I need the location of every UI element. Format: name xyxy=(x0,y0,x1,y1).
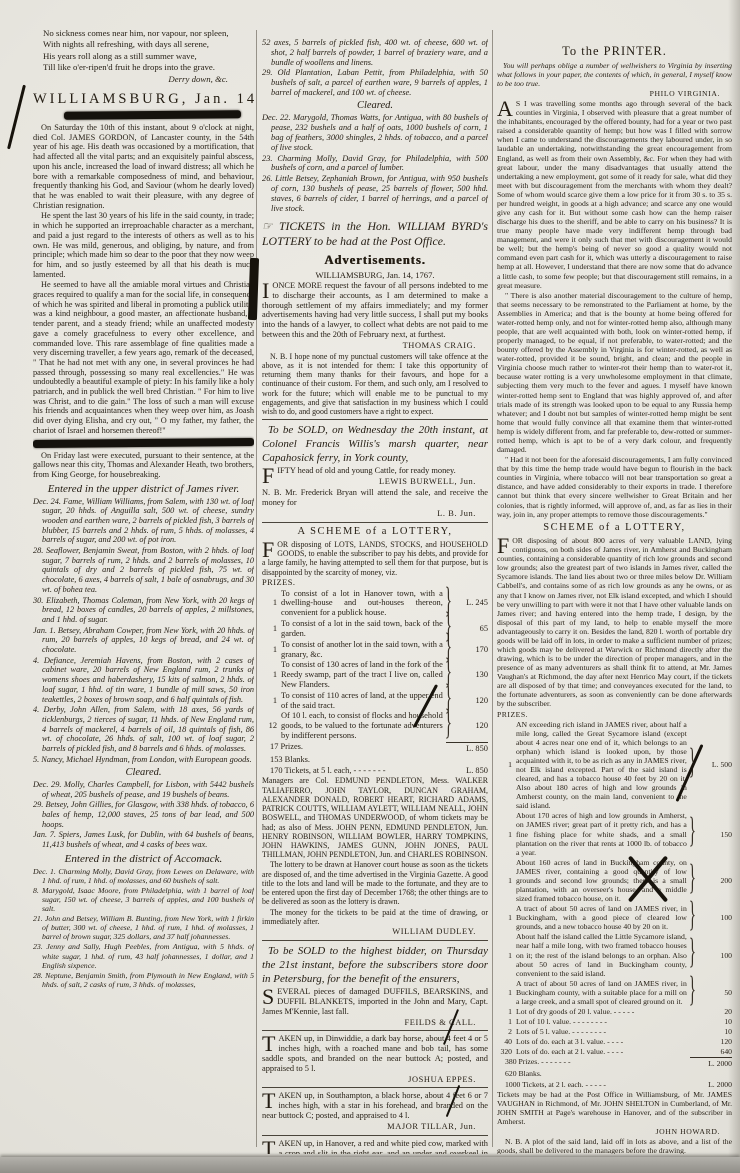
prize-description: A tract of about 50 acres of land on JAM… xyxy=(516,904,687,931)
lottery-paragraph: FOR disposing of LOTS, LANDS, STOCKS, an… xyxy=(262,540,488,577)
prize-row: 40Lots of do. each at 3 l. value. - - - … xyxy=(497,1037,732,1046)
prize-value: 50 xyxy=(698,988,732,997)
totals-row: 153 Blanks. xyxy=(262,755,488,765)
prize-count: 1 xyxy=(497,760,512,769)
prize-description: To consist of another lot in the said to… xyxy=(281,640,443,660)
ad-dateline: WILLIAMSBURG, Jan. 14, 1767. xyxy=(262,270,488,280)
prize-row: 1About 170 acres of high and low grounds… xyxy=(497,811,732,856)
divider-rule xyxy=(262,419,488,420)
brace-glyph: } xyxy=(689,859,696,901)
ink-mark xyxy=(7,85,26,150)
prize-row: 1Lot of 10 l. value. - - - - - - - -10 xyxy=(497,1017,732,1026)
prize-description: To consist of a lot in the said town, ba… xyxy=(281,619,443,639)
prize-value: 120 xyxy=(454,696,488,706)
shipping-entry: 5. Nancy, Michael Hyndman, from London, … xyxy=(33,755,254,765)
brace-glyph: } xyxy=(445,705,452,747)
shipping-entry: Dec. 22. Marygold, Thomas Watts, for Ant… xyxy=(262,113,488,152)
totals-row: 620 Blanks. xyxy=(497,1069,732,1078)
prize-value: 130 xyxy=(454,670,488,680)
sale-heading: To be SOLD to the highest bidder, on Thu… xyxy=(262,944,488,986)
shipping-entry: 29. Old Plantation, Laban Pettit, from P… xyxy=(262,68,488,97)
totals-label: 17 Prizes. xyxy=(270,742,303,754)
prize-value: 100 xyxy=(698,951,732,960)
prize-description: Lots of do. each at 2 l. value. - - - - xyxy=(516,1047,698,1056)
prize-count: 1 xyxy=(497,830,512,839)
prize-count: 12 xyxy=(262,721,277,731)
prize-count: 1 xyxy=(497,1017,512,1026)
poem-line: With nights all refreshing, with days al… xyxy=(43,39,254,50)
lottery-paragraph: The lottery to be drawn at Hanover court… xyxy=(262,860,488,906)
prize-count: 1 xyxy=(262,696,277,706)
prize-count: 320 xyxy=(497,1047,512,1056)
shipping-entry: 23. Charming Molly, David Gray, for Phil… xyxy=(262,154,488,174)
ink-bar xyxy=(33,438,254,448)
totals-label: 153 Blanks. xyxy=(270,755,310,765)
totals-label: 1000 Tickets, at 2 l. each. - - - - - xyxy=(505,1080,606,1089)
totals-label: 620 Blanks. xyxy=(505,1069,542,1078)
scanner-edge xyxy=(0,1157,740,1173)
shipping-entry: 4. Defiance, Jeremiah Havens, from Bosto… xyxy=(33,656,254,705)
epitaph-poem: No sickness comes near him, nor vapour, … xyxy=(33,28,254,85)
obituary-paragraph: He spent the last 30 years of his life i… xyxy=(33,211,254,279)
signature: JOSHUA EPPES. xyxy=(262,1075,488,1085)
shipping-entry: 23. Jenny and Sally, Hugh Peebles, from … xyxy=(33,942,254,969)
brace-glyph: } xyxy=(689,897,696,939)
shipping-entry: 4. Derby, John Allen, from Salem, with 1… xyxy=(33,705,254,754)
prize-count: 1 xyxy=(497,951,512,960)
prize-value: 10 xyxy=(698,1027,732,1036)
totals-value: L. 2000 xyxy=(690,1057,732,1068)
letter-heading: To the PRINTER. xyxy=(497,44,732,59)
letter-paragraph: " Had it not been for the aforesaid disc… xyxy=(497,455,732,519)
prize-count: 1 xyxy=(262,624,277,634)
cleared-heading: Cleared. xyxy=(33,767,254,779)
signature: THOMAS CRAIG. xyxy=(262,341,488,351)
totals-row: 17 Prizes.L. 850 xyxy=(262,742,488,754)
prize-row: 1Lot of dry goods of 20 l. value. - - - … xyxy=(497,1007,732,1016)
lottery-scheme-heading: SCHEME of a LOTTERY, xyxy=(497,522,732,534)
advertisements-heading: Advertisements. xyxy=(262,253,488,268)
lottery-paragraph: FOR disposing of about 800 acres of very… xyxy=(497,536,732,708)
prize-row: 1About half the island called the Little… xyxy=(497,932,732,977)
letter-paragraph: AS I was travelling some months ago thro… xyxy=(497,99,732,290)
advertisement-paragraph: I ONCE MORE request the favour of all pe… xyxy=(262,281,488,340)
prize-list: 1AN exceeding rich island in JAMES river… xyxy=(497,720,732,1057)
prize-description: About half the island called the Little … xyxy=(516,932,687,977)
prize-count: 1 xyxy=(262,670,277,680)
prize-description: AN exceeding rich island in JAMES river,… xyxy=(516,720,687,811)
shipping-entry: 30. Elizabeth, Thomas Coleman, from New … xyxy=(33,596,254,625)
divider-rule xyxy=(262,1030,488,1031)
signature: PHILO VIRGINIA. xyxy=(497,89,732,98)
prize-row: 1AN exceeding rich island in JAMES river… xyxy=(497,720,732,811)
prize-row: 1To consist of a lot in the said town, b… xyxy=(262,619,488,639)
prize-value: 170 xyxy=(454,645,488,655)
prize-row: 1To consist of another lot in the said t… xyxy=(262,640,488,660)
prize-value: 100 xyxy=(698,913,732,922)
prize-description: A tract of about 50 acres of land on JAM… xyxy=(516,979,687,1006)
shipping-entry: Jan. 1. Betsey, Abraham Cowper, from New… xyxy=(33,626,254,655)
prize-count: 1 xyxy=(497,988,512,997)
prize-value: 150 xyxy=(698,830,732,839)
shipping-entry: 29. Betsey, John Gillies, for Glasgow, w… xyxy=(33,800,254,829)
prize-row: 1To consist of a lot in Hanover town, wi… xyxy=(262,589,488,618)
poem-line: His years roll along as a still summer w… xyxy=(43,51,254,62)
advertisement-paragraph: N. B. Mr. Frederick Bryan will attend th… xyxy=(262,488,488,508)
divider-rule xyxy=(262,940,488,941)
prizes-label: PRIZES. xyxy=(262,578,488,588)
prize-value: 640 xyxy=(698,1047,732,1056)
letter-preface: You will perhaps oblige a number of well… xyxy=(497,61,732,88)
prize-description: Lot of 10 l. value. - - - - - - - - xyxy=(516,1017,698,1026)
prize-row: 2Lots of 5 l. value. - - - - - - - -10 xyxy=(497,1027,732,1036)
shipping-entry: 28. Neptune, Benjamin Smith, from Plymou… xyxy=(33,971,254,989)
prize-value: 120 xyxy=(454,721,488,731)
signature: LEWIS BURWELL, Jun. xyxy=(262,477,488,487)
advertisement-paragraph: FIFTY head of old and young Cattle, for … xyxy=(262,466,488,476)
stray-animal-notice: TAKEN up, in Dinwiddie, a dark bay horse… xyxy=(262,1034,488,1073)
prize-row: 12Of 10 l. each, to consist of flocks an… xyxy=(262,711,488,740)
totals-row: 380 Prizes. - - - - - - -L. 2000 xyxy=(497,1057,732,1068)
lottery-paragraph: Tickets may be had at the Post Office in… xyxy=(497,1090,732,1126)
divider-rule xyxy=(262,522,488,523)
prize-value: 20 xyxy=(698,1007,732,1016)
prize-row: 1A tract of about 50 acres of land on JA… xyxy=(497,979,732,1006)
prize-value: L. 500 xyxy=(698,760,732,769)
prize-count: 1 xyxy=(497,1007,512,1016)
prize-list: 1To consist of a lot in Hanover town, wi… xyxy=(262,589,488,741)
prize-description: To consist of 110 acres of land, at the … xyxy=(281,691,443,711)
stray-animal-notice: TAKEN up, in Hanover, a red and white pi… xyxy=(262,1139,488,1154)
prize-value: 10 xyxy=(698,1017,732,1026)
section-heading: Entered in the district of Accomack. xyxy=(33,853,254,866)
signature: L. B. Jun. xyxy=(262,509,488,519)
prize-value: 120 xyxy=(698,1037,732,1046)
prize-count: 40 xyxy=(497,1037,512,1046)
divider-rule xyxy=(262,1135,488,1136)
ink-blot xyxy=(248,258,259,320)
prize-description: To consist of 130 acres of land in the f… xyxy=(281,660,443,689)
prize-count: 1 xyxy=(262,598,277,608)
shipping-entry: Dec. 24. Fame, William Williams, from Sa… xyxy=(33,497,254,546)
shipping-entry: 21. John and Betsey, William B. Bunting,… xyxy=(33,914,254,941)
newspaper-page: No sickness comes near him, nor vapour, … xyxy=(0,0,740,1173)
shipping-entry: Dec. 29. Molly, Charles Campbell, for Li… xyxy=(33,780,254,799)
obituary-paragraph: On Saturday the 10th of this instant, ab… xyxy=(33,123,254,210)
lottery-tickets-notice: ☞ TICKETS in the Hon. WILLIAM BYRD's LOT… xyxy=(262,219,488,250)
prize-value: 65 xyxy=(454,624,488,634)
totals-row: 1000 Tickets, at 2 l. each. - - - - -L. … xyxy=(497,1080,732,1089)
prize-count: 1 xyxy=(497,913,512,922)
brace-glyph: } xyxy=(689,813,696,855)
prize-description: Lots of do. each at 3 l. value. - - - - xyxy=(516,1037,698,1046)
shipping-entry: 28. Seaflower, Benjamin Sweat, from Bost… xyxy=(33,546,254,595)
lottery-paragraph: N. B. A plot of the said land, laid off … xyxy=(497,1137,732,1154)
prize-count: 1 xyxy=(262,645,277,655)
sale-heading: To be SOLD, on Wednesday the 20th instan… xyxy=(262,423,488,465)
prize-value: L. 245 xyxy=(454,598,488,608)
divider-rule xyxy=(262,1087,488,1088)
poem-line: No sickness comes near him, nor vapour, … xyxy=(43,28,254,39)
totals-label: 170 Tickets, at 5 l. each, - - - - - - - xyxy=(270,766,386,776)
prize-row: 1To consist of 130 acres of land in the … xyxy=(262,660,488,689)
advertisement-paragraph: N. B. I hope none of my punctual custome… xyxy=(262,352,488,417)
totals-value xyxy=(446,755,488,765)
totals-value: L. 2000 xyxy=(690,1080,732,1089)
news-paragraph: On Friday last were executed, pursuant t… xyxy=(33,451,254,480)
section-heading: Entered in the upper district of James r… xyxy=(33,483,254,496)
prize-description: About 170 acres of high and low grounds … xyxy=(516,811,687,856)
prize-description: Lots of 5 l. value. - - - - - - - - xyxy=(516,1027,698,1036)
poem-line: Till like o'er-ripen'd fruit he drops in… xyxy=(43,62,254,73)
lottery-scheme-heading: A SCHEME of a LOTTERY, xyxy=(262,526,488,538)
prize-description: To consist of a lot in Hanover town, wit… xyxy=(281,589,443,618)
right-column: To the PRINTER.You will perhaps oblige a… xyxy=(497,28,732,1154)
left-column: No sickness comes near him, nor vapour, … xyxy=(33,28,254,1154)
shipping-entry: Dec. 1. Charming Molly, David Gray, from… xyxy=(33,867,254,885)
brace-glyph: } xyxy=(689,971,696,1013)
prize-row: 1To consist of 110 acres of land, at the… xyxy=(262,691,488,711)
prize-row: 1About 160 acres of land in Buckingham c… xyxy=(497,858,732,903)
shipping-entry: 8. Marygold, Isaac Moore, from Philadelp… xyxy=(33,886,254,913)
prize-row: 1A tract of about 50 acres of land on JA… xyxy=(497,904,732,931)
signature: WILLIAM DUDLEY. xyxy=(262,927,488,937)
middle-column: 52 axes, 5 barrels of pickled fish, 400 … xyxy=(262,28,488,1154)
prize-count: 2 xyxy=(497,1027,512,1036)
prize-count: 1 xyxy=(497,876,512,885)
advertisement-paragraph: SEVERAL pieces of damaged DUFFILS, BEARS… xyxy=(262,987,488,1016)
lottery-paragraph: The money for the tickets to be paid at … xyxy=(262,908,488,926)
brace-glyph: } xyxy=(689,934,696,976)
shipping-entry: 26. Little Betsey, Zephaniah Brown, for … xyxy=(262,174,488,213)
letter-paragraph: " There is also another material discour… xyxy=(497,291,732,454)
column-rule xyxy=(256,30,257,1147)
prizes-label: PRIZES. xyxy=(497,710,732,719)
lottery-managers: Managers are Col. EDMUND PENDLETON, Mess… xyxy=(262,776,488,859)
totals-value xyxy=(690,1069,732,1078)
shipping-entry: 52 axes, 5 barrels of pickled fish, 400 … xyxy=(262,38,488,67)
totals-value: L. 850 xyxy=(446,742,488,754)
totals-row: 170 Tickets, at 5 l. each, - - - - - - -… xyxy=(262,766,488,776)
signature: MAJOR TILLAR, Jun. xyxy=(262,1122,488,1132)
dateline-heading: WILLIAMSBURG, Jan. 14. xyxy=(33,91,254,108)
prize-value: 200 xyxy=(698,876,732,885)
prize-description: Lot of dry goods of 20 l. value. - - - -… xyxy=(516,1007,698,1016)
obituary-paragraph: He seemed to have all the amiable moral … xyxy=(33,280,254,435)
poem-attribution: Derry down, &c. xyxy=(43,74,254,85)
totals-value: L. 850 xyxy=(446,766,488,776)
ink-bar xyxy=(64,110,241,120)
column-rule xyxy=(492,30,493,1147)
signature: JOHN HOWARD. xyxy=(497,1127,732,1136)
cleared-heading: Cleared. xyxy=(262,100,488,112)
prize-row: 320Lots of do. each at 2 l. value. - - -… xyxy=(497,1047,732,1056)
shipping-entry: Jan. 7. Spiers, James Lusk, for Dublin, … xyxy=(33,830,254,849)
totals-label: 380 Prizes. - - - - - - - xyxy=(505,1057,571,1068)
